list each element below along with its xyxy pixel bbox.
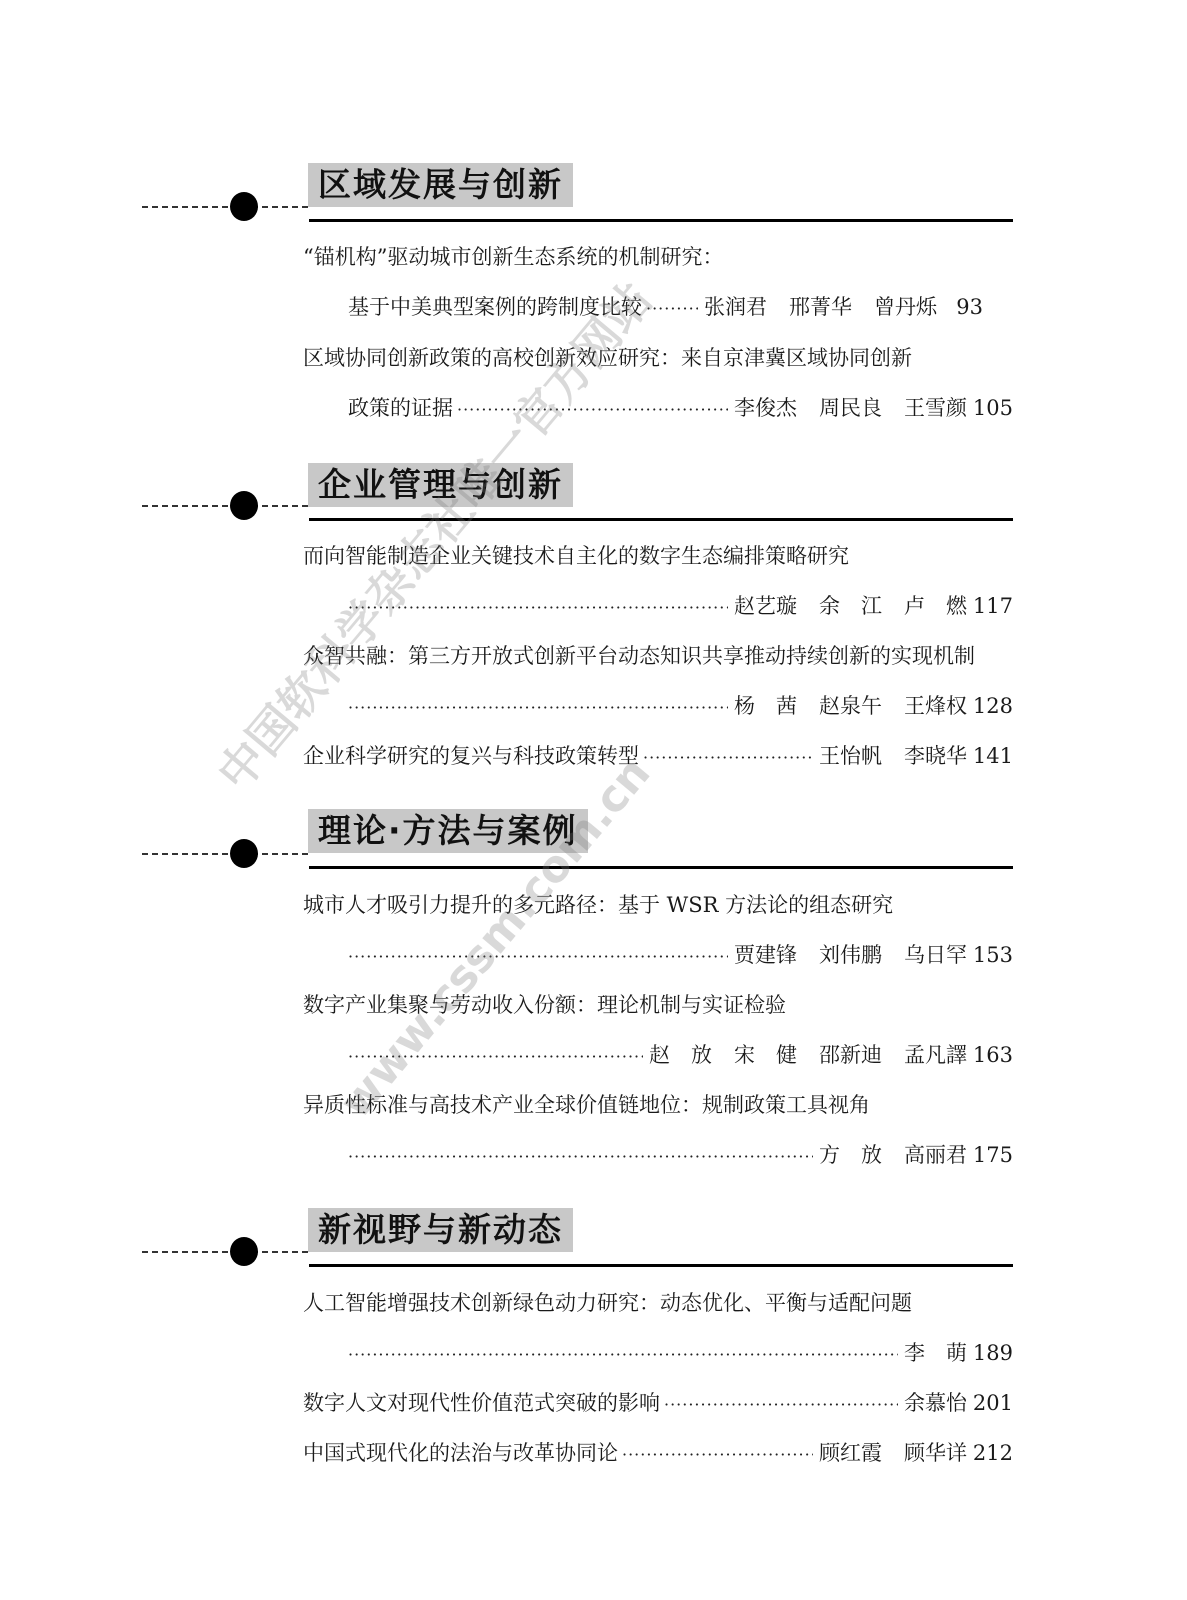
section-rule — [309, 1264, 1013, 1267]
section-rule — [309, 219, 1013, 222]
dot-leader — [348, 1340, 898, 1370]
section-bullet-dot-icon — [230, 491, 258, 520]
section-connector-dashed-line — [142, 853, 308, 855]
toc-entry-title[interactable]: 区域协同创新政策的高校创新效应研究：来自京津冀区域协同创新 — [303, 343, 1013, 373]
entry-authors: 贾建锋刘伟鹏乌日罕 — [734, 940, 967, 970]
dot-leader — [348, 593, 728, 623]
author: 曾丹烁 — [874, 295, 937, 319]
author: 赵艺璇 — [734, 594, 797, 618]
toc-entry-title[interactable]: 而向智能制造企业关键技术自主化的数字生态编排策略研究 — [303, 541, 1013, 571]
entry-authors: 张润君邢菁华曾丹烁 — [704, 292, 937, 322]
entry-page-number: 175 — [967, 1140, 1013, 1170]
author: 余慕怡 — [904, 1391, 967, 1415]
section-title: 新视野与新动态 — [308, 1208, 573, 1252]
author: 赵泉午 — [819, 694, 882, 718]
section-bullet-dot-icon — [230, 839, 258, 868]
toc-entry-line[interactable]: 方 放高丽君 175 — [348, 1140, 1013, 1170]
toc-entry-title[interactable]: 数字产业集聚与劳动收入份额：理论机制与实证检验 — [303, 990, 1013, 1020]
entry-page-number: 117 — [967, 591, 1013, 621]
author: 王怡帆 — [819, 744, 882, 768]
entry-title-text: “锚机构”驱动城市创新生态系统的机制研究： — [303, 242, 723, 272]
author: 王雪颜 — [904, 396, 967, 420]
author: 李 萌 — [904, 1341, 967, 1365]
toc-entry-title[interactable]: “锚机构”驱动城市创新生态系统的机制研究： — [303, 242, 1013, 272]
entry-authors: 李俊杰周民良王雪颜 — [734, 393, 967, 423]
section-bullet-dot-icon — [230, 1237, 258, 1266]
entry-page-number: 105 — [967, 393, 1013, 423]
toc-entry-line[interactable]: 数字人文对现代性价值范式突破的影响 余慕怡 201 — [303, 1388, 1013, 1418]
toc-entry-line[interactable]: 李 萌 189 — [348, 1338, 1013, 1368]
toc-entry-title[interactable]: 异质性标准与高技术产业全球价值链地位：规制政策工具视角 — [303, 1090, 1013, 1120]
entry-title-text: 政策的证据 — [348, 393, 453, 423]
section-title: 企业管理与创新 — [308, 463, 573, 507]
dot-leader — [664, 1390, 898, 1420]
author: 高丽君 — [904, 1143, 967, 1167]
entry-page-number: 201 — [967, 1388, 1013, 1418]
author: 杨 茜 — [734, 694, 797, 718]
entry-page-number: 153 — [967, 940, 1013, 970]
entry-page-number: 212 — [967, 1438, 1013, 1468]
toc-entry-line[interactable]: 贾建锋刘伟鹏乌日罕 153 — [348, 940, 1013, 970]
entry-page-number: 93 — [937, 292, 983, 322]
entry-title-text: 区域协同创新政策的高校创新效应研究：来自京津冀区域协同创新 — [303, 343, 912, 373]
entry-title-text: 而向智能制造企业关键技术自主化的数字生态编排策略研究 — [303, 541, 849, 571]
dot-leader — [348, 942, 728, 972]
entry-title-text: 数字产业集聚与劳动收入份额：理论机制与实证检验 — [303, 990, 786, 1020]
toc-entry-title[interactable]: 众智共融：第三方开放式创新平台动态知识共享推动持续创新的实现机制 — [303, 641, 1013, 671]
entry-page-number: 128 — [967, 691, 1013, 721]
section-rule — [309, 866, 1013, 869]
author: 邢菁华 — [789, 295, 852, 319]
section-connector-dashed-line — [142, 505, 308, 507]
author: 周民良 — [819, 396, 882, 420]
toc-entry-title[interactable]: 人工智能增强技术创新绿色动力研究：动态优化、平衡与适配问题 — [303, 1288, 1013, 1318]
toc-entry-line[interactable]: 赵 放宋 健邵新迪孟凡譯 163 — [348, 1040, 1013, 1070]
entry-title-text: 城市人才吸引力提升的多元路径：基于 WSR 方法论的组态研究 — [303, 890, 893, 920]
author: 刘伟鹏 — [819, 943, 882, 967]
entry-authors: 王怡帆李晓华 — [819, 741, 967, 771]
entry-page-number: 141 — [967, 741, 1013, 771]
entry-title-text: 众智共融：第三方开放式创新平台动态知识共享推动持续创新的实现机制 — [303, 641, 975, 671]
dot-leader — [348, 1042, 643, 1072]
dot-leader — [348, 1142, 813, 1172]
entry-title-text: 基于中美典型案例的跨制度比较 — [348, 292, 642, 322]
author: 王烽权 — [904, 694, 967, 718]
dot-leader — [643, 743, 813, 773]
author: 卢 燃 — [904, 594, 967, 618]
dot-leader — [646, 294, 698, 324]
section-title: 区域发展与创新 — [308, 163, 573, 207]
section-connector-dashed-line — [142, 1251, 308, 1253]
section-title: 理论·方法与案例 — [308, 809, 588, 853]
toc-entry-line[interactable]: 杨 茜赵泉午王烽权 128 — [348, 691, 1013, 721]
entry-authors: 余慕怡 — [904, 1388, 967, 1418]
entry-title-text: 企业科学研究的复兴与科技政策转型 — [303, 741, 639, 771]
author: 顾红霞 — [819, 1441, 882, 1465]
entry-authors: 李 萌 — [904, 1338, 967, 1368]
toc-entry-line[interactable]: 基于中美典型案例的跨制度比较 张润君邢菁华曾丹烁 93 — [348, 292, 1013, 322]
section-bullet-dot-icon — [230, 192, 258, 221]
toc-entry-line[interactable]: 中国式现代化的法治与改革协同论 顾红霞顾华详 212 — [303, 1438, 1013, 1468]
author: 李晓华 — [904, 744, 967, 768]
author: 顾华详 — [904, 1441, 967, 1465]
toc-entry-title[interactable]: 城市人才吸引力提升的多元路径：基于 WSR 方法论的组态研究 — [303, 890, 1013, 920]
section-rule — [309, 518, 1013, 521]
author: 贾建锋 — [734, 943, 797, 967]
author: 邵新迪 — [819, 1043, 882, 1067]
toc-entry-line[interactable]: 政策的证据 李俊杰周民良王雪颜 105 — [348, 393, 1013, 423]
author: 张润君 — [704, 295, 767, 319]
entry-title-text: 数字人文对现代性价值范式突破的影响 — [303, 1388, 660, 1418]
section-connector-dashed-line — [142, 206, 308, 208]
dot-leader — [348, 693, 728, 723]
author: 李俊杰 — [734, 396, 797, 420]
entry-authors: 顾红霞顾华详 — [819, 1438, 967, 1468]
entry-page-number: 189 — [967, 1338, 1013, 1368]
dot-leader — [457, 395, 728, 425]
entry-authors: 杨 茜赵泉午王烽权 — [734, 691, 967, 721]
dot-leader — [622, 1440, 813, 1470]
author: 乌日罕 — [904, 943, 967, 967]
entry-authors: 赵艺璇余 江卢 燃 — [734, 591, 967, 621]
author: 余 江 — [819, 594, 882, 618]
entry-authors: 方 放高丽君 — [819, 1140, 967, 1170]
author: 赵 放 — [649, 1043, 712, 1067]
entry-title-text: 异质性标准与高技术产业全球价值链地位：规制政策工具视角 — [303, 1090, 870, 1120]
toc-entry-line[interactable]: 企业科学研究的复兴与科技政策转型 王怡帆李晓华 141 — [303, 741, 1013, 771]
author: 孟凡譯 — [904, 1043, 967, 1067]
author: 宋 健 — [734, 1043, 797, 1067]
author: 方 放 — [819, 1143, 882, 1167]
entry-title-text: 人工智能增强技术创新绿色动力研究：动态优化、平衡与适配问题 — [303, 1288, 912, 1318]
toc-entry-line[interactable]: 赵艺璇余 江卢 燃 117 — [348, 591, 1013, 621]
entry-title-text: 中国式现代化的法治与改革协同论 — [303, 1438, 618, 1468]
entry-page-number: 163 — [967, 1040, 1013, 1070]
entry-authors: 赵 放宋 健邵新迪孟凡譯 — [649, 1040, 967, 1070]
